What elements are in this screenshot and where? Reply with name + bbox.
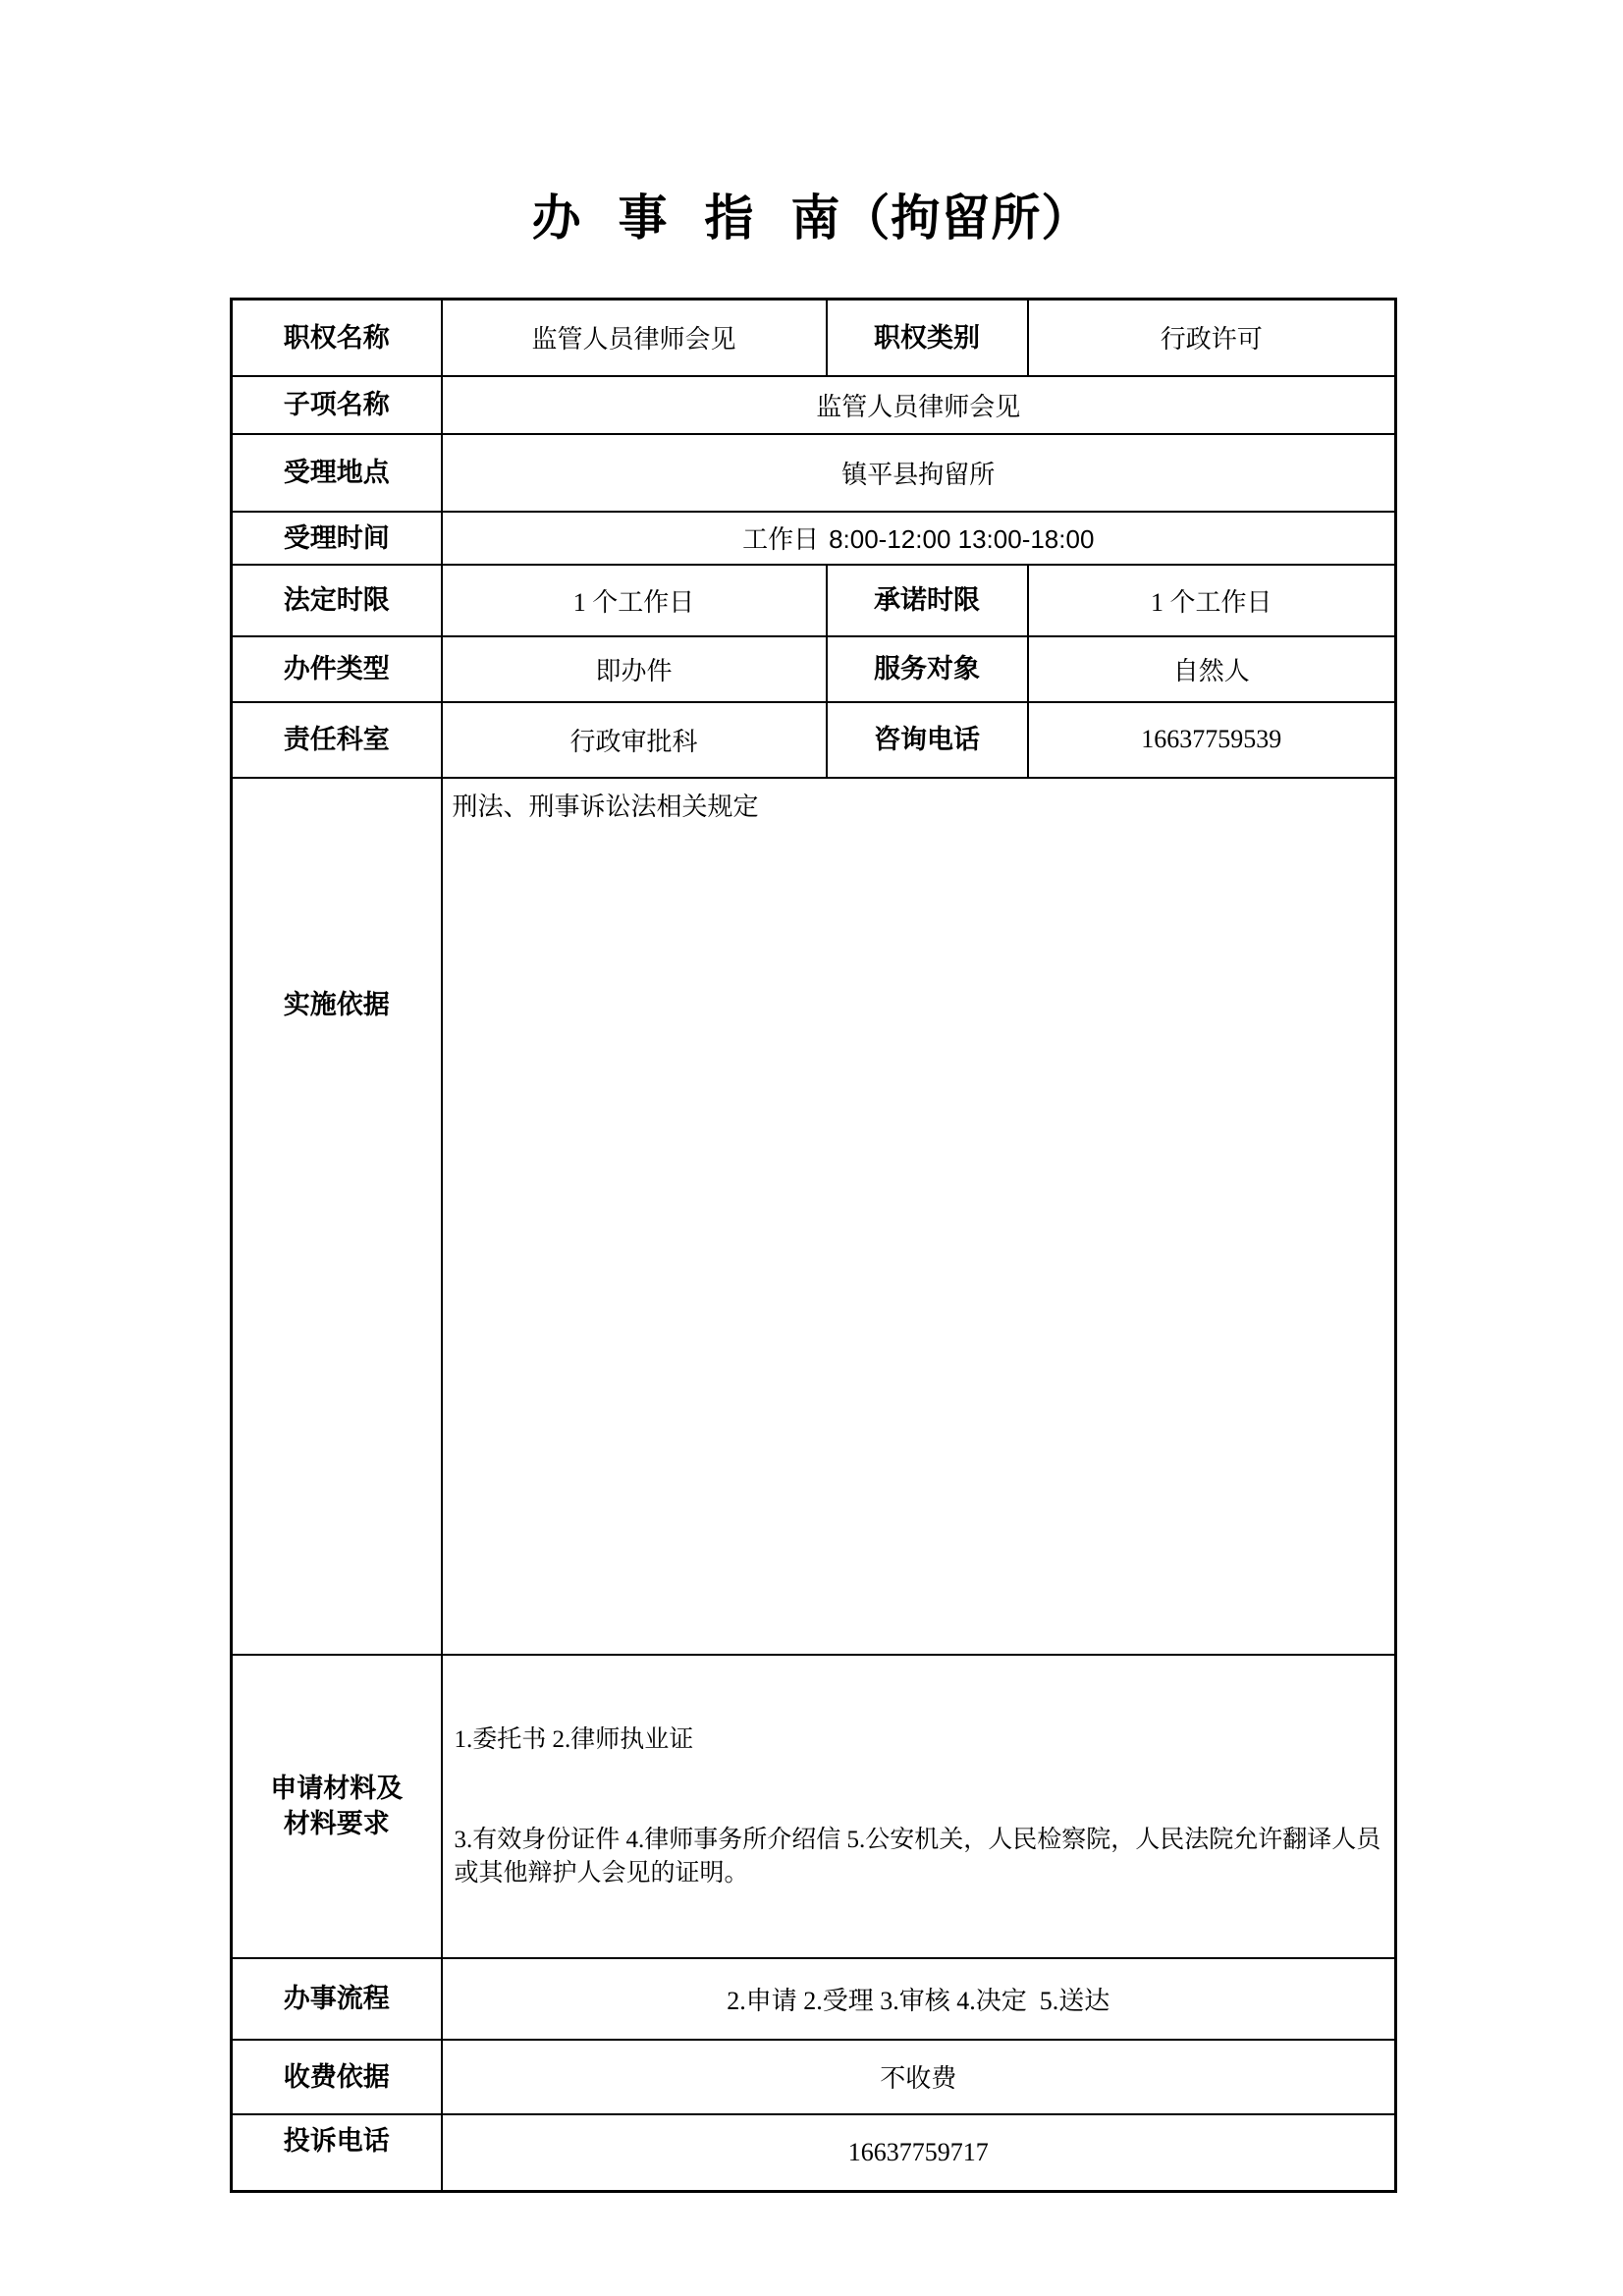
label-handling-type: 办件类型 [232,636,442,702]
label-legal-time-limit: 法定时限 [232,565,442,636]
label-acceptance-place: 受理地点 [232,434,442,512]
label-fee-basis: 收费依据 [232,2040,442,2114]
row-power-name: 职权名称 监管人员律师会见 职权类别 行政许可 [232,300,1396,376]
row-responsible-department: 责任科室 行政审批科 咨询电话 16637759539 [232,702,1396,778]
row-acceptance-time: 受理时间 工作日8:00-12:00 13:00-18:00 [232,512,1396,565]
row-process: 办事流程 2.申请 2.受理 3.审核 4.决定 5.送达 [232,1958,1396,2040]
value-consultation-phone: 16637759539 [1028,702,1396,778]
label-consultation-phone: 咨询电话 [827,702,1028,778]
row-time-limits: 法定时限 1 个工作日 承诺时限 1 个工作日 [232,565,1396,636]
value-promised-time-limit: 1 个工作日 [1028,565,1396,636]
page-title: 办 事 指 南（拘留所） [0,179,1623,249]
acceptance-time-hours: 8:00-12:00 13:00-18:00 [829,524,1094,554]
value-responsible-department: 行政审批科 [442,702,827,778]
label-complaint-phone: 投诉电话 [232,2114,442,2192]
service-guide-table: 职权名称 监管人员律师会见 职权类别 行政许可 子项名称 监管人员律师会见 受理… [230,298,1397,2193]
value-acceptance-place: 镇平县拘留所 [442,434,1396,512]
value-power-name: 监管人员律师会见 [442,300,827,376]
acceptance-time-workday-text: 工作日 [742,525,819,554]
label-service-target: 服务对象 [827,636,1028,702]
value-subitem-name: 监管人员律师会见 [442,376,1396,434]
row-acceptance-place: 受理地点 镇平县拘留所 [232,434,1396,512]
value-handling-type: 即办件 [442,636,827,702]
application-materials-line1: 1.委托书 2.律师执业证 [455,1723,1383,1757]
label-application-materials-line1: 申请材料及 [237,1771,437,1806]
row-complaint-phone: 投诉电话 16637759717 [232,2114,1396,2192]
value-service-target: 自然人 [1028,636,1396,702]
label-power-name: 职权名称 [232,300,442,376]
row-subitem-name: 子项名称 监管人员律师会见 [232,376,1396,434]
value-complaint-phone: 16637759717 [442,2114,1396,2192]
label-application-materials: 申请材料及 材料要求 [232,1655,442,1958]
label-implementation-basis: 实施依据 [232,778,442,1655]
row-fee-basis: 收费依据 不收费 [232,2040,1396,2114]
value-legal-time-limit: 1 个工作日 [442,565,827,636]
value-implementation-basis: 刑法、刑事诉讼法相关规定 [442,778,1396,1655]
row-application-materials: 申请材料及 材料要求 1.委托书 2.律师执业证 3.有效身份证件 4.律师事务… [232,1655,1396,1958]
value-fee-basis: 不收费 [442,2040,1396,2114]
value-acceptance-time: 工作日8:00-12:00 13:00-18:00 [442,512,1396,565]
label-responsible-department: 责任科室 [232,702,442,778]
label-process: 办事流程 [232,1958,442,2040]
value-application-materials: 1.委托书 2.律师执业证 3.有效身份证件 4.律师事务所介绍信 5.公安机关… [442,1655,1396,1958]
label-power-category: 职权类别 [827,300,1028,376]
label-application-materials-line2: 材料要求 [237,1806,437,1841]
document-page: 办 事 指 南（拘留所） 职权名称 监管人员律师会见 职权类别 行政许可 子项名… [0,0,1623,2296]
label-subitem-name: 子项名称 [232,376,442,434]
label-acceptance-time: 受理时间 [232,512,442,565]
label-promised-time-limit: 承诺时限 [827,565,1028,636]
application-materials-line2: 3.有效身份证件 4.律师事务所介绍信 5.公安机关，人民检察院，人民法院允许翻… [455,1824,1383,1890]
row-implementation-basis: 实施依据 刑法、刑事诉讼法相关规定 [232,778,1396,1655]
value-process: 2.申请 2.受理 3.审核 4.决定 5.送达 [442,1958,1396,2040]
value-power-category: 行政许可 [1028,300,1396,376]
row-handling-type: 办件类型 即办件 服务对象 自然人 [232,636,1396,702]
